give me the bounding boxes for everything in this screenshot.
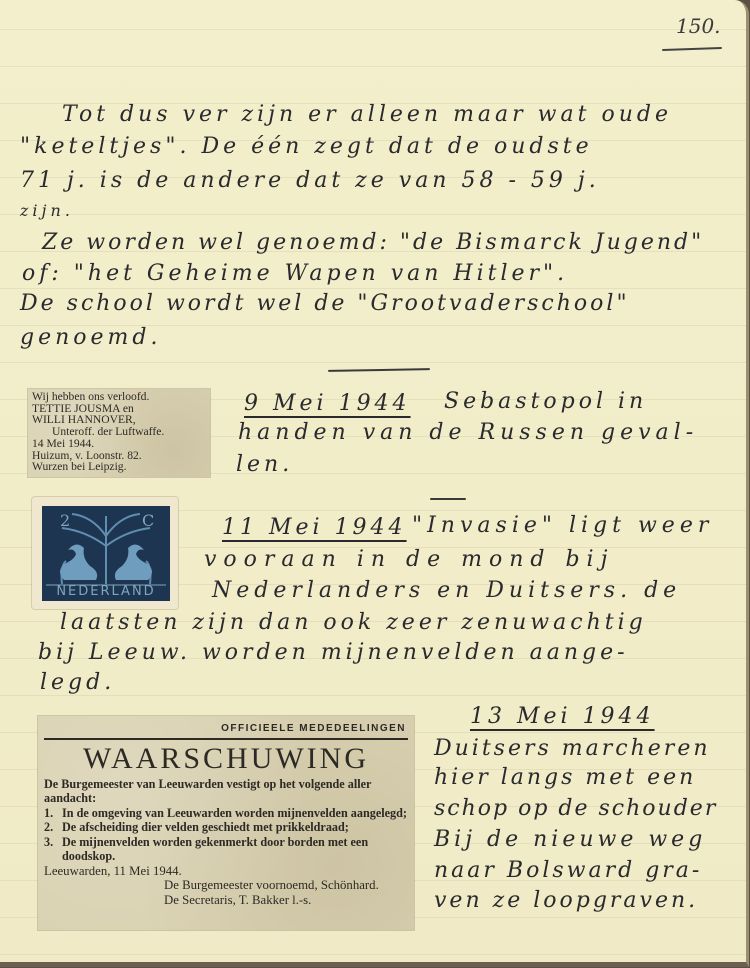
section-divider	[328, 368, 430, 372]
item-number: 2.	[44, 820, 62, 835]
stamp-image: 2 C NEDERLAND	[42, 506, 170, 601]
page-number: 150.	[676, 14, 721, 38]
handwritten-line: Duitsers marcheren	[434, 738, 711, 760]
handwritten-line: Tot dus ver zijn er alleen maar wat oude	[62, 104, 672, 126]
stamp-country: NEDERLAND	[42, 584, 170, 599]
clipping-place-date: Leeuwarden, 11 Mei 1944.	[44, 864, 408, 879]
item-text: De afscheiding dier velden geschiedt met…	[62, 820, 349, 835]
engagement-announcement-clipping: Wij hebben ons verloofd. TETTIE JOUSMA e…	[28, 389, 210, 477]
clipping-line: Wurzen bei Leipzig.	[32, 461, 206, 473]
section-divider	[430, 498, 466, 500]
entry-date: 11 Mei 1944	[222, 517, 407, 539]
handwritten-line: of: "het Geheime Wapen van Hitler".	[22, 263, 568, 285]
handwritten-line: "keteltjes". De één zegt dat de oudste	[20, 136, 593, 158]
handwritten-line: bij Leeuw. worden mijnenvelden aange-	[38, 642, 629, 664]
clipping-header: OFFICIEELE MEDEDEELINGEN	[44, 722, 408, 740]
handwritten-line: len.	[236, 454, 293, 476]
postage-stamp: 2 C NEDERLAND	[32, 497, 178, 609]
warning-item: 1. In de omgeving van Leeuwarden worden …	[44, 806, 408, 821]
diary-page: 150. Tot dus ver zijn er alleen maar wat…	[0, 0, 749, 967]
item-number: 3.	[44, 835, 62, 864]
handwritten-line: legd.	[40, 672, 115, 694]
warning-item: 2. De afscheiding dier velden geschiedt …	[44, 820, 408, 835]
entry-date: 9 Mei 1944	[244, 393, 411, 415]
clipping-intro: De Burgemeester van Leeuwarden vestigt o…	[44, 777, 408, 806]
item-number: 1.	[44, 806, 62, 821]
handwritten-line: naar Bolsward gra-	[434, 860, 702, 882]
handwritten-line: zijn.	[20, 203, 74, 219]
handwritten-line: genoemd.	[20, 327, 161, 349]
handwritten-line: Nederlanders en Duitsers. de	[212, 580, 681, 602]
warning-notice-clipping: OFFICIEELE MEDEDEELINGEN WAARSCHUWING De…	[38, 716, 414, 930]
svg-text:C: C	[142, 511, 154, 530]
entry-date: 13 Mei 1944	[470, 706, 655, 728]
handwritten-line: Bij de nieuwe weg	[434, 829, 706, 851]
handwritten-line: schop op de schouder	[434, 798, 717, 820]
warning-item: 3. De mijnenvelden worden gekenmerkt doo…	[44, 835, 408, 864]
handwritten-line: 71 j. is de andere dat ze van 58 - 59 j.	[20, 170, 600, 192]
clipping-signature: De Burgemeester voornoemd, Schönhard.	[44, 878, 408, 893]
handwritten-line: "Invasie" ligt weer	[412, 515, 713, 537]
item-text: In de omgeving van Leeuwarden worden mij…	[62, 806, 407, 821]
handwritten-line: De school wordt wel de "Grootvaderschool…	[20, 293, 630, 315]
clipping-signature: De Secretaris, T. Bakker l.-s.	[44, 893, 408, 908]
handwritten-line: Ze worden wel genoemd: "de Bismarck Juge…	[42, 232, 704, 254]
handwritten-line: laatsten zijn dan ook zeer zenuwachtig	[60, 612, 647, 634]
handwritten-line: hier langs met een	[434, 767, 696, 789]
handwritten-line: ven ze loopgraven.	[434, 890, 698, 912]
handwritten-line: handen van de Russen geval-	[238, 422, 698, 444]
page-number-underline	[662, 47, 722, 51]
handwritten-line: Sebastopol in	[444, 391, 647, 413]
clipping-line: 14 Mei 1944.	[32, 438, 206, 450]
handwritten-line: vooraan in de mond bij	[204, 549, 614, 571]
clipping-line: Wij hebben ons verloofd.	[32, 391, 206, 403]
clipping-title: WAARSCHUWING	[44, 742, 408, 776]
svg-text:2: 2	[60, 511, 70, 530]
item-text: De mijnenvelden worden gekenmerkt door b…	[62, 835, 408, 864]
